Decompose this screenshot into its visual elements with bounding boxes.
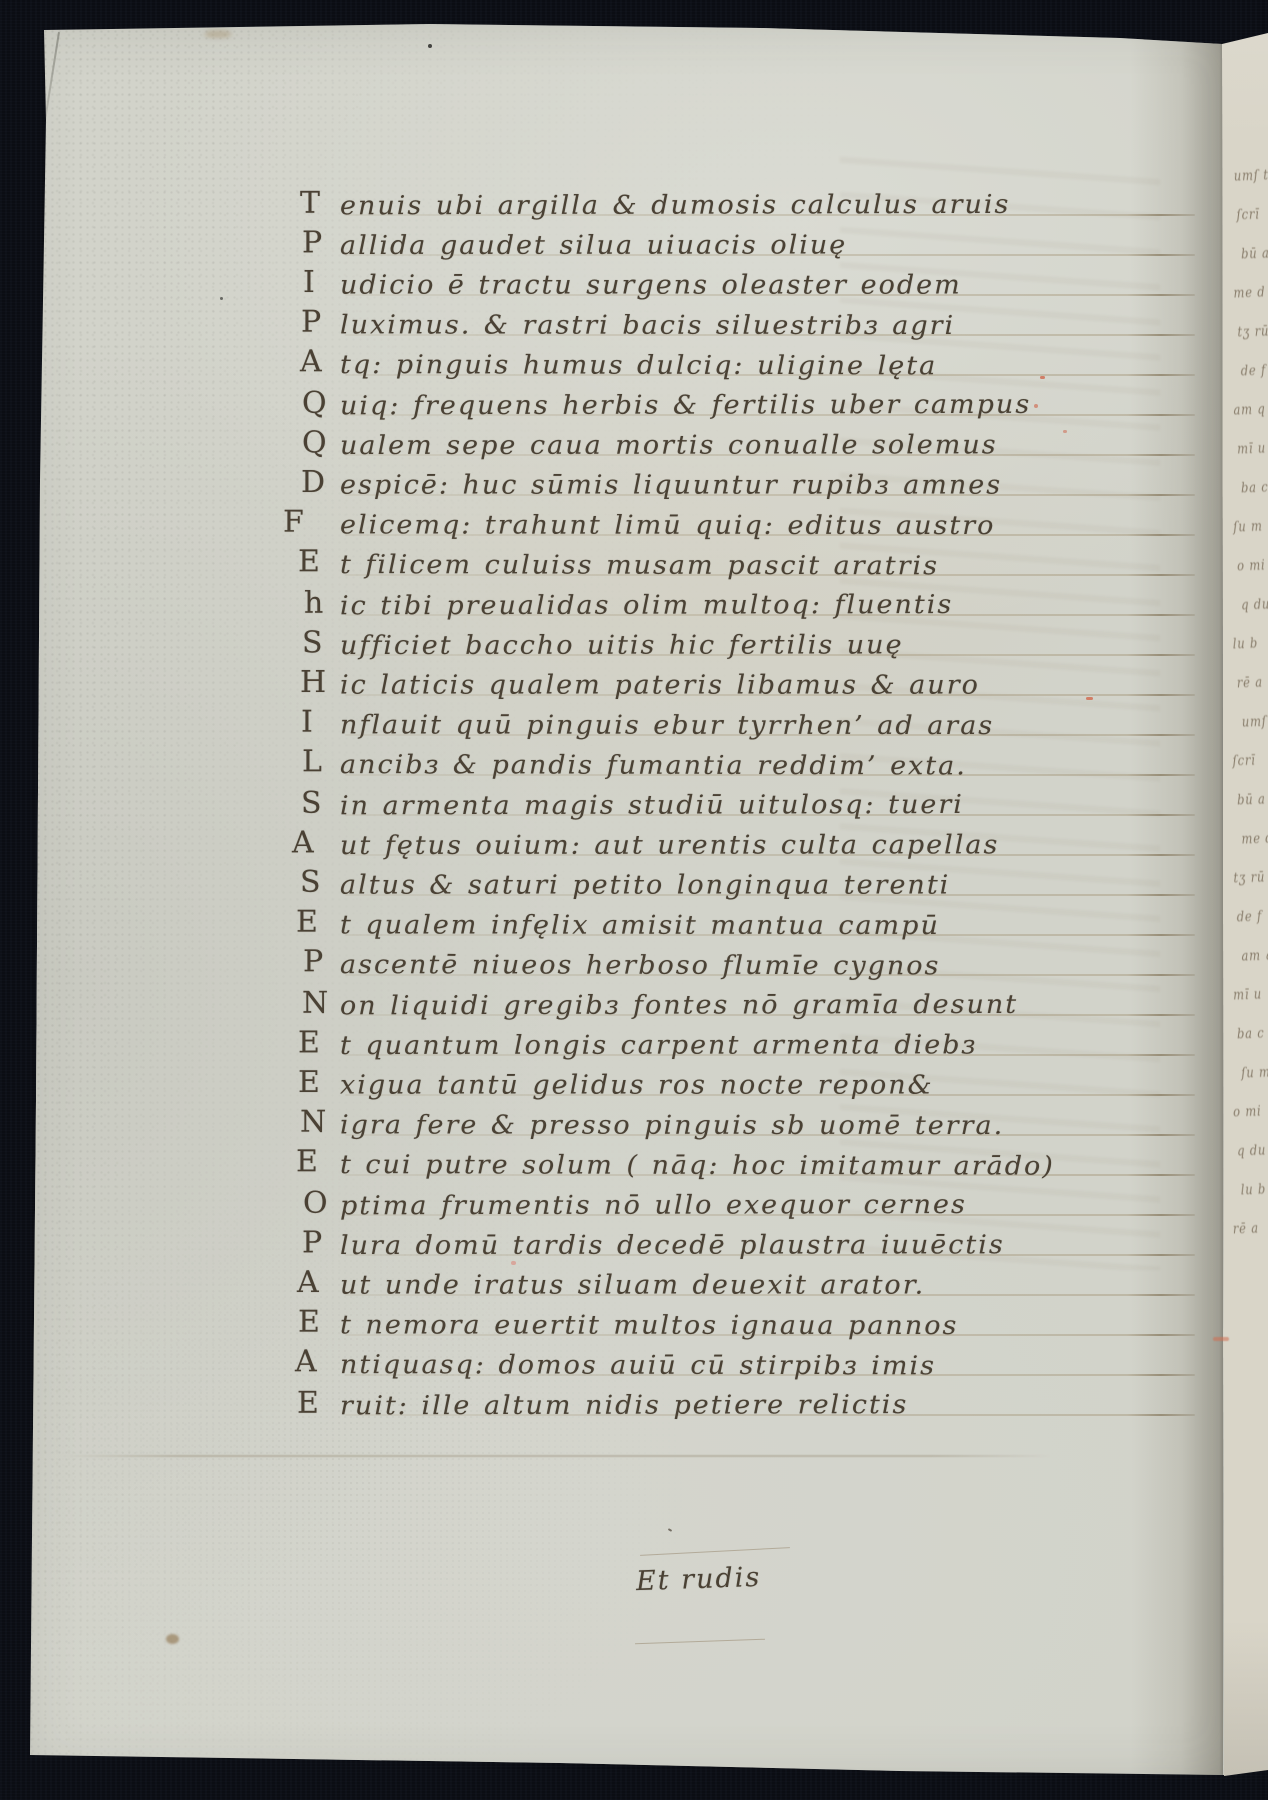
adjacent-page-text-line: am q bbox=[1233, 401, 1266, 418]
adjacent-page-text-line: de f bbox=[1237, 909, 1263, 926]
adjacent-page-text-line: umſ t bbox=[1234, 167, 1268, 184]
adjacent-page-text-line: mī u bbox=[1233, 987, 1262, 1004]
adjacent-page-text-line: ſcrī bbox=[1236, 207, 1260, 224]
adjacent-page-text-line: bū a bbox=[1241, 246, 1268, 263]
adjacent-page-text-line: umſ t bbox=[1242, 713, 1268, 730]
adjacent-page-text-line: lu b bbox=[1241, 1182, 1267, 1199]
adjacent-page-text-line: mī u bbox=[1237, 441, 1266, 458]
adjacent-page-text-line: bū a bbox=[1237, 792, 1266, 809]
red-mark bbox=[1213, 1337, 1229, 1341]
adjacent-page-text-line: tʒ rū bbox=[1233, 869, 1265, 886]
adjacent-page-text-line: q du bbox=[1237, 1142, 1267, 1159]
adjacent-page-text-line: me d bbox=[1233, 284, 1266, 301]
adjacent-page-text-line: me d bbox=[1241, 830, 1268, 847]
adjacent-page-text-line: ba c bbox=[1237, 1026, 1265, 1043]
adjacent-page-text-line: q du bbox=[1241, 596, 1268, 613]
adjacent-page-text-line: rē a bbox=[1233, 1221, 1260, 1238]
adjacent-page-text-line: rē a bbox=[1237, 675, 1264, 692]
manuscript-page: T enuis ubi argilla & dumosis calculus a… bbox=[0, 0, 1268, 1800]
adjacent-page-text-line: lu b bbox=[1233, 636, 1259, 653]
adjacent-page-text-line: o mi bbox=[1237, 558, 1266, 575]
adjacent-page-text-line: o mi bbox=[1233, 1104, 1262, 1121]
photograph-stage: umſ tſcrībū ame dtʒ rūde fam qmī uba cſu… bbox=[0, 0, 1268, 1800]
page-edge-vignette bbox=[0, 0, 1268, 1800]
adjacent-page-text-line: ſu m bbox=[1233, 518, 1263, 535]
adjacent-page-text-line: am q bbox=[1241, 947, 1268, 964]
adjacent-page-text-line: ſcrī bbox=[1232, 753, 1256, 770]
adjacent-page-text-line: de f bbox=[1241, 363, 1267, 380]
adjacent-page-text-line: ſu m bbox=[1241, 1064, 1268, 1081]
adjacent-page-text-line: ba c bbox=[1241, 480, 1268, 497]
adjacent-page-text-line: tʒ rū bbox=[1237, 323, 1268, 340]
